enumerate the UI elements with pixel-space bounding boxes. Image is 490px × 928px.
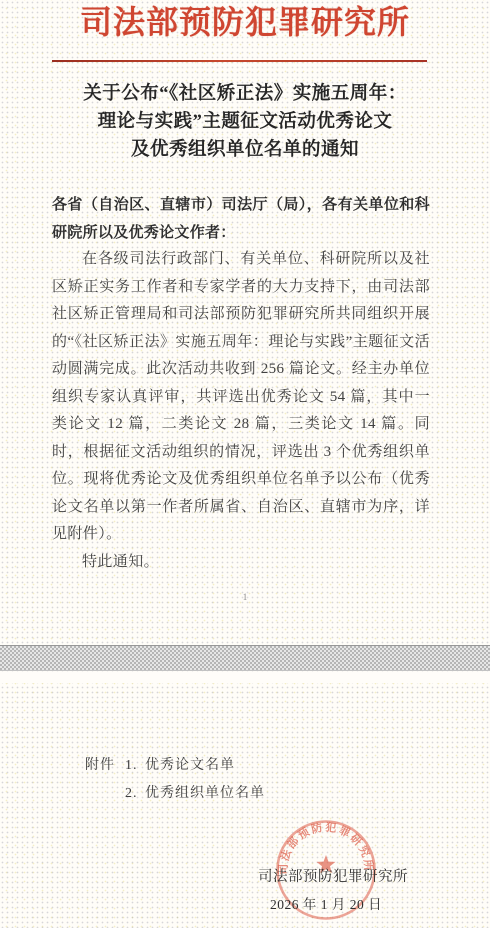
issuer-signature: 司法部预防犯罪研究所 — [258, 865, 408, 886]
attachment-number: 2. — [125, 780, 145, 808]
page-separator — [0, 645, 490, 671]
page-2-top-edge — [0, 672, 490, 683]
title-line-3: 及优秀组织单位名单的通知 — [28, 136, 462, 164]
attachment-title: 优秀组织单位名单 — [145, 780, 265, 808]
attachments-label-spacer — [85, 780, 125, 808]
body-paragraph: 在各级司法行政部门、有关单位、科研院所以及社区矫正实务工作者和专家学者的大力支持… — [52, 246, 430, 549]
document-body: 各省（自治区、直辖市）司法厅（局），各有关单位和科研院所以及优秀论文作者： 在各… — [52, 191, 430, 576]
attachment-row: 附件 1. 优秀论文名单 — [85, 752, 265, 780]
attachment-title: 优秀论文名单 — [145, 752, 265, 780]
attachment-row: 2. 优秀组织单位名单 — [85, 780, 265, 808]
salutation-line: 各省（自治区、直辖市）司法厅（局），各有关单位和科研院所以及优秀论文作者： — [52, 191, 430, 246]
title-line-2: 理论与实践”主题征文活动优秀论文 — [28, 108, 462, 136]
letterhead-rule — [52, 60, 427, 62]
closing-line: 特此通知。 — [52, 549, 430, 577]
attachment-number: 1. — [125, 752, 145, 780]
attachments-label: 附件 — [85, 752, 125, 780]
scanned-document-viewer: 司法部预防犯罪研究所 关于公布“《社区矫正法》实施五周年： 理论与实践”主题征文… — [0, 0, 490, 928]
attachments-list: 附件 1. 优秀论文名单 2. 优秀组织单位名单 — [85, 752, 265, 808]
page-number: 1 — [0, 592, 490, 602]
title-line-1: 关于公布“《社区矫正法》实施五周年： — [28, 80, 462, 108]
document-title: 关于公布“《社区矫正法》实施五周年： 理论与实践”主题征文活动优秀论文 及优秀组… — [28, 80, 462, 164]
issue-date: 2026 年 1 月 20 日 — [270, 893, 382, 913]
page-1: 司法部预防犯罪研究所 关于公布“《社区矫正法》实施五周年： 理论与实践”主题征文… — [0, 0, 490, 645]
letterhead-title: 司法部预防犯罪研究所 — [0, 0, 490, 44]
